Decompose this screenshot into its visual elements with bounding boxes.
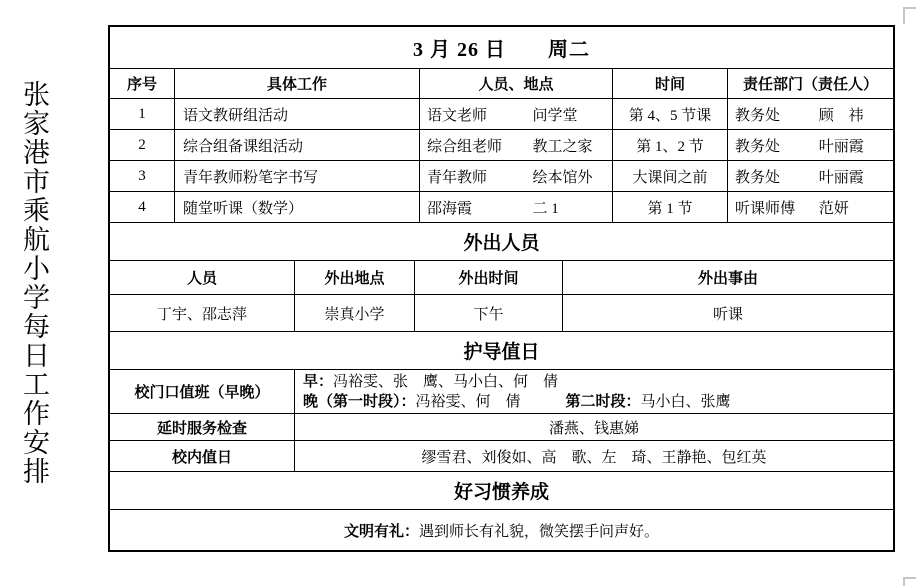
outings-title: 外出人员 [110, 223, 893, 260]
row-work: 语文教研组活动 [174, 99, 419, 129]
row-no: 2 [110, 130, 174, 160]
delay-check-label: 延时服务检查 [110, 414, 294, 440]
row-no: 1 [110, 99, 174, 129]
habit-content-row: 文明有礼：遇到师长有礼貌，微笑摆手问声好。 [110, 509, 893, 550]
row-time: 第 1、2 节 [612, 130, 727, 160]
outings-header-place: 外出地点 [294, 261, 414, 294]
outings-header-time: 外出时间 [414, 261, 562, 294]
outing-time: 下午 [414, 295, 562, 331]
campus-duty-names: 缪雪君、刘俊如、高 歌、左 琦、王静艳、包红英 [294, 441, 893, 471]
habit-title: 好习惯养成 [110, 472, 893, 509]
row-personnel: 青年教师 绘本馆外 [419, 161, 612, 191]
habit-title-row: 好习惯养成 [110, 471, 893, 509]
outings-data-row: 丁宇、邵志萍 崇真小学 下午 听课 [110, 294, 893, 331]
row-personnel: 综合组老师 教工之家 [419, 130, 612, 160]
row-dept-owner: 顾 祎 [819, 104, 893, 125]
col-header-personnel: 人员、地点 [419, 69, 612, 98]
gate-duty-label: 校门口值班（早晚） [110, 370, 294, 413]
delay-check-names: 潘燕、钱惠娣 [294, 414, 893, 440]
row-dept-owner: 叶丽霞 [819, 166, 893, 187]
row-dept-name: 听课师傅 [735, 197, 819, 218]
row-place: 绘本馆外 [532, 166, 612, 187]
outings-header-row: 人员 外出地点 外出时间 外出事由 [110, 260, 893, 294]
duty-title-row: 护导值日 [110, 331, 893, 369]
schedule-header-row: 序号 具体工作 人员、地点 时间 责任部门（责任人） [110, 68, 893, 98]
row-dept-name: 教务处 [735, 166, 819, 187]
row-dept: 教务处 顾 祎 [727, 99, 893, 129]
gate-duty-content: 早：冯裕雯、张 鹰、马小白、何 倩 晚（第一时段）：冯裕雯、何 倩第二时段：马小… [294, 370, 893, 413]
gate-second-names: 马小白、张鹰 [641, 394, 731, 410]
row-person: 青年教师 [427, 166, 532, 187]
row-work: 随堂听课（数学） [174, 192, 419, 222]
row-person: 邵海霞 [427, 197, 532, 218]
outings-header-person: 人员 [110, 261, 294, 294]
outings-title-row: 外出人员 [110, 222, 893, 260]
row-dept-owner: 范妍 [819, 197, 893, 218]
schedule-row: 3 青年教师粉笔字书写 青年教师 绘本馆外 大课间之前 教务处 叶丽霞 [110, 160, 893, 191]
gate-duty-row: 校门口值班（早晚） 早：冯裕雯、张 鹰、马小白、何 倩 晚（第一时段）：冯裕雯、… [110, 369, 893, 413]
date-title: 3 月 26 日 周二 [110, 27, 893, 68]
row-person: 综合组老师 [427, 135, 532, 156]
row-place: 问学堂 [532, 104, 612, 125]
text-boundary-corner-mark-top [903, 7, 916, 24]
row-time: 第 1 节 [612, 192, 727, 222]
row-dept: 教务处 叶丽霞 [727, 161, 893, 191]
row-person: 语文老师 [427, 104, 532, 125]
row-dept: 听课师傅 范妍 [727, 192, 893, 222]
col-header-work: 具体工作 [174, 69, 419, 98]
row-dept-name: 教务处 [735, 135, 819, 156]
outings-header-reason: 外出事由 [562, 261, 893, 294]
col-header-time: 时间 [612, 69, 727, 98]
gate-morning-label: 早： [303, 374, 333, 390]
schedule-row: 2 综合组备课组活动 综合组老师 教工之家 第 1、2 节 教务处 叶丽霞 [110, 129, 893, 160]
text-boundary-corner-mark-bottom [903, 577, 916, 586]
row-personnel: 语文老师 问学堂 [419, 99, 612, 129]
gate-evening-names: 冯裕雯、何 倩 [416, 394, 521, 410]
habit-content-cell: 文明有礼：遇到师长有礼貌，微笑摆手问声好。 [110, 510, 893, 550]
row-dept: 教务处 叶丽霞 [727, 130, 893, 160]
row-time: 第 4、5 节课 [612, 99, 727, 129]
date-header-row: 3 月 26 日 周二 [110, 27, 893, 68]
row-no: 3 [110, 161, 174, 191]
duty-title: 护导值日 [110, 332, 893, 369]
col-header-no: 序号 [110, 69, 174, 98]
gate-evening-label: 晚（第一时段）： [303, 394, 416, 410]
row-place: 教工之家 [532, 135, 612, 156]
delay-check-row: 延时服务检查 潘燕、钱惠娣 [110, 413, 893, 440]
row-personnel: 邵海霞 二 1 [419, 192, 612, 222]
row-work: 青年教师粉笔字书写 [174, 161, 419, 191]
document-page: 张家港市乘航小学每日工作安排 3 月 26 日 周二 序号 具体工作 人员、地点… [0, 0, 917, 586]
daily-schedule-table: 3 月 26 日 周二 序号 具体工作 人员、地点 时间 责任部门（责任人） 1… [108, 25, 895, 552]
col-header-dept: 责任部门（责任人） [727, 69, 893, 98]
gate-morning-line: 早：冯裕雯、张 鹰、马小白、何 倩 [303, 372, 731, 392]
outing-reason: 听课 [562, 295, 893, 331]
row-work: 综合组备课组活动 [174, 130, 419, 160]
row-dept-owner: 叶丽霞 [819, 135, 893, 156]
gate-duty-text: 早：冯裕雯、张 鹰、马小白、何 倩 晚（第一时段）：冯裕雯、何 倩第二时段：马小… [295, 370, 739, 413]
row-no: 4 [110, 192, 174, 222]
gate-morning-names: 冯裕雯、张 鹰、马小白、何 倩 [333, 374, 558, 390]
outing-place: 崇真小学 [294, 295, 414, 331]
document-side-title: 张家港市乘航小学每日工作安排 [13, 80, 55, 490]
outing-person: 丁宇、邵志萍 [110, 295, 294, 331]
campus-duty-label: 校内值日 [110, 441, 294, 471]
row-dept-name: 教务处 [735, 104, 819, 125]
row-time: 大课间之前 [612, 161, 727, 191]
schedule-row: 4 随堂听课（数学） 邵海霞 二 1 第 1 节 听课师傅 范妍 [110, 191, 893, 222]
habit-label: 文明有礼： [344, 520, 419, 541]
gate-evening-line: 晚（第一时段）：冯裕雯、何 倩第二时段：马小白、张鹰 [303, 392, 731, 412]
gate-second-label: 第二时段： [566, 394, 641, 410]
habit-text: 遇到师长有礼貌，微笑摆手问声好。 [419, 520, 659, 541]
campus-duty-row: 校内值日 缪雪君、刘俊如、高 歌、左 琦、王静艳、包红英 [110, 440, 893, 471]
row-place: 二 1 [532, 197, 612, 218]
schedule-row: 1 语文教研组活动 语文老师 问学堂 第 4、5 节课 教务处 顾 祎 [110, 98, 893, 129]
